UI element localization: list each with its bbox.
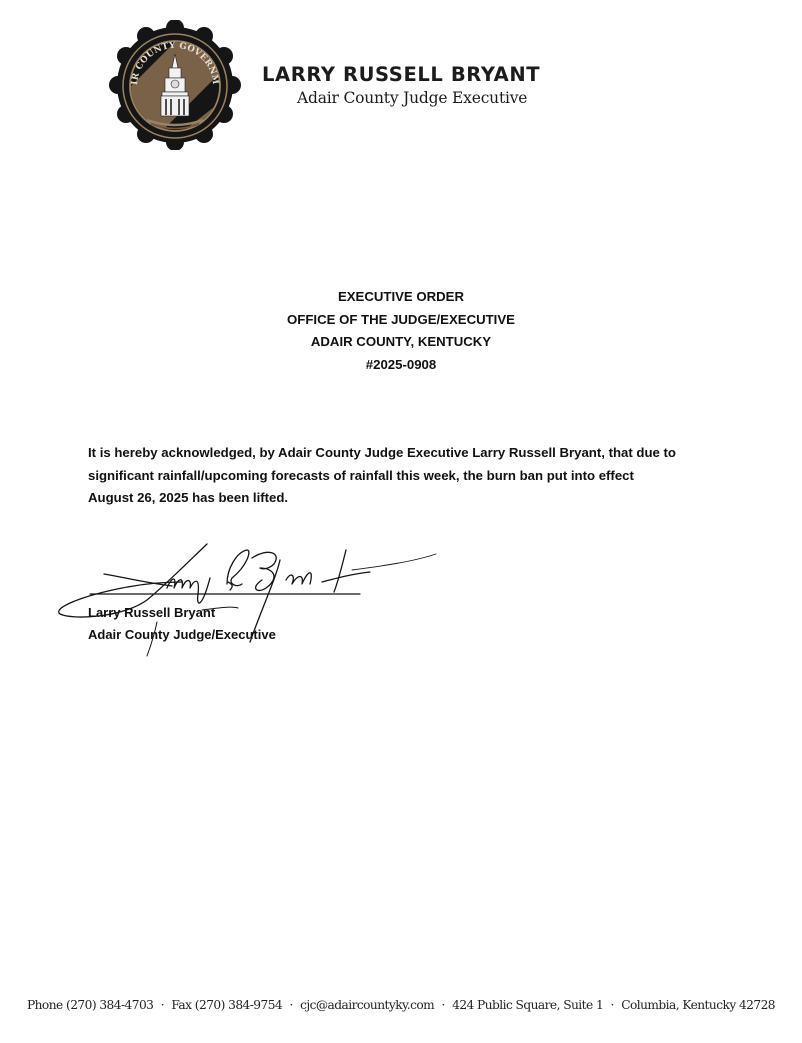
signer-block: Larry Russell Bryant Adair County Judge/… bbox=[88, 602, 276, 646]
order-heading: EXECUTIVE ORDER OFFICE OF THE JUDGE/EXEC… bbox=[0, 286, 802, 376]
footer-separator: · bbox=[441, 998, 444, 1012]
letterhead-name: LARRY RUSSELL BRYANT bbox=[262, 63, 540, 86]
footer-separator: · bbox=[289, 998, 292, 1012]
order-body: It is hereby acknowledged, by Adair Coun… bbox=[88, 442, 728, 510]
footer-address: 424 Public Square, Suite 1 bbox=[452, 998, 603, 1012]
order-heading-line: EXECUTIVE ORDER bbox=[0, 286, 802, 309]
signer-name: Larry Russell Bryant bbox=[88, 602, 276, 624]
order-body-line: significant rainfall/upcoming forecasts … bbox=[88, 465, 728, 488]
footer-contact: Phone (270) 384-4703 · Fax (270) 384-975… bbox=[0, 998, 802, 1012]
footer-fax: Fax (270) 384-9754 bbox=[171, 998, 282, 1012]
footer-city: Columbia, Kentucky 42728 bbox=[621, 998, 775, 1012]
order-heading-line: ADAIR COUNTY, KENTUCKY bbox=[0, 331, 802, 354]
order-body-line: It is hereby acknowledged, by Adair Coun… bbox=[88, 442, 728, 465]
order-number: #2025-0908 bbox=[0, 354, 802, 377]
footer-separator: · bbox=[161, 998, 164, 1012]
letterhead-title: Adair County Judge Executive bbox=[297, 89, 527, 107]
order-body-line: August 26, 2025 has been lifted. bbox=[88, 487, 728, 510]
county-seal-icon: ADAIR COUNTY GOVERNMENT bbox=[107, 20, 243, 150]
footer-phone: Phone (270) 384-4703 bbox=[27, 998, 153, 1012]
footer-email[interactable]: cjc@adaircountyky.com bbox=[300, 998, 434, 1012]
order-heading-line: OFFICE OF THE JUDGE/EXECUTIVE bbox=[0, 309, 802, 332]
county-seal: ADAIR COUNTY GOVERNMENT bbox=[107, 20, 243, 150]
signer-title: Adair County Judge/Executive bbox=[88, 624, 276, 646]
footer-separator: · bbox=[611, 998, 614, 1012]
